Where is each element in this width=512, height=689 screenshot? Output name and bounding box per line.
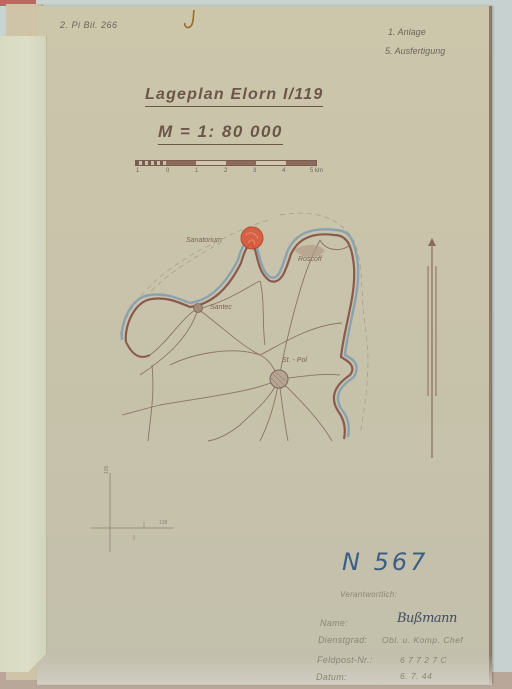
scale-bar-segment — [136, 161, 166, 165]
place-label-santec: Santec — [210, 304, 232, 311]
date-value: 6. 7. 44 — [400, 671, 432, 681]
grid-label-horizontal: 128 — [159, 520, 167, 526]
site-map — [110, 205, 380, 455]
scale-label: 3 — [253, 168, 256, 174]
scale-bar-segment — [256, 161, 286, 165]
hook-mark-icon — [178, 8, 202, 32]
responsible-label: Verantwortlich: — [340, 590, 397, 599]
rank-value: Obl. u. Komp. Chef — [382, 635, 463, 645]
grid-label-vertical: 125 — [104, 466, 110, 474]
sanatorium-target-marker — [241, 227, 263, 249]
scale-label: 1 — [136, 168, 139, 174]
santec-marker — [194, 304, 203, 313]
reference-number: 2. Pi Bil. 266 — [60, 20, 118, 30]
fieldpost-label: Feldpost-Nr.: — [317, 655, 373, 665]
fieldpost-value: 6 7 7 2 7 C — [400, 655, 447, 665]
scale-label: 0 — [166, 168, 169, 174]
st-pol-marker — [270, 370, 288, 388]
scale-label: 1 — [195, 168, 198, 174]
coastline-brown — [126, 234, 354, 439]
name-label: Name: — [320, 618, 348, 628]
date-label: Datum: — [316, 672, 347, 682]
grid-reference-cross — [88, 470, 178, 555]
scale-bar-labels: 1 0 1 2 3 4 5 km — [132, 168, 332, 178]
signature: Bußmann — [397, 611, 457, 626]
copy-label: 5. Ausfertigung — [385, 46, 445, 56]
scale-label: 2 — [224, 168, 227, 174]
place-label-roscoff: Roscoff — [298, 256, 322, 263]
north-arrow-icon — [420, 236, 444, 461]
background-right — [490, 0, 512, 689]
scale-label: 5 km — [310, 168, 323, 174]
scale-bar-segment — [226, 161, 256, 165]
scale-bar-segment — [196, 161, 226, 165]
scale-bar-segment — [166, 161, 196, 165]
scale-bar-segment — [286, 161, 316, 165]
place-label-st-pol: St. - Pol — [282, 357, 307, 364]
attachment-label: 1. Anlage — [388, 27, 426, 37]
handwritten-document-number: N 567 — [342, 548, 428, 576]
place-label-sanatorium: Sanatorium — [186, 237, 222, 244]
scale-bar — [135, 160, 317, 166]
coastline-brown — [126, 342, 150, 357]
scale-label: 4 — [282, 168, 285, 174]
page-title: Lageplan Elorn I/119 — [145, 86, 323, 107]
scale-ratio: M = 1: 80 000 — [158, 122, 283, 145]
folded-paper-flap — [0, 36, 47, 672]
rank-label: Dienstgrad: — [318, 635, 367, 645]
